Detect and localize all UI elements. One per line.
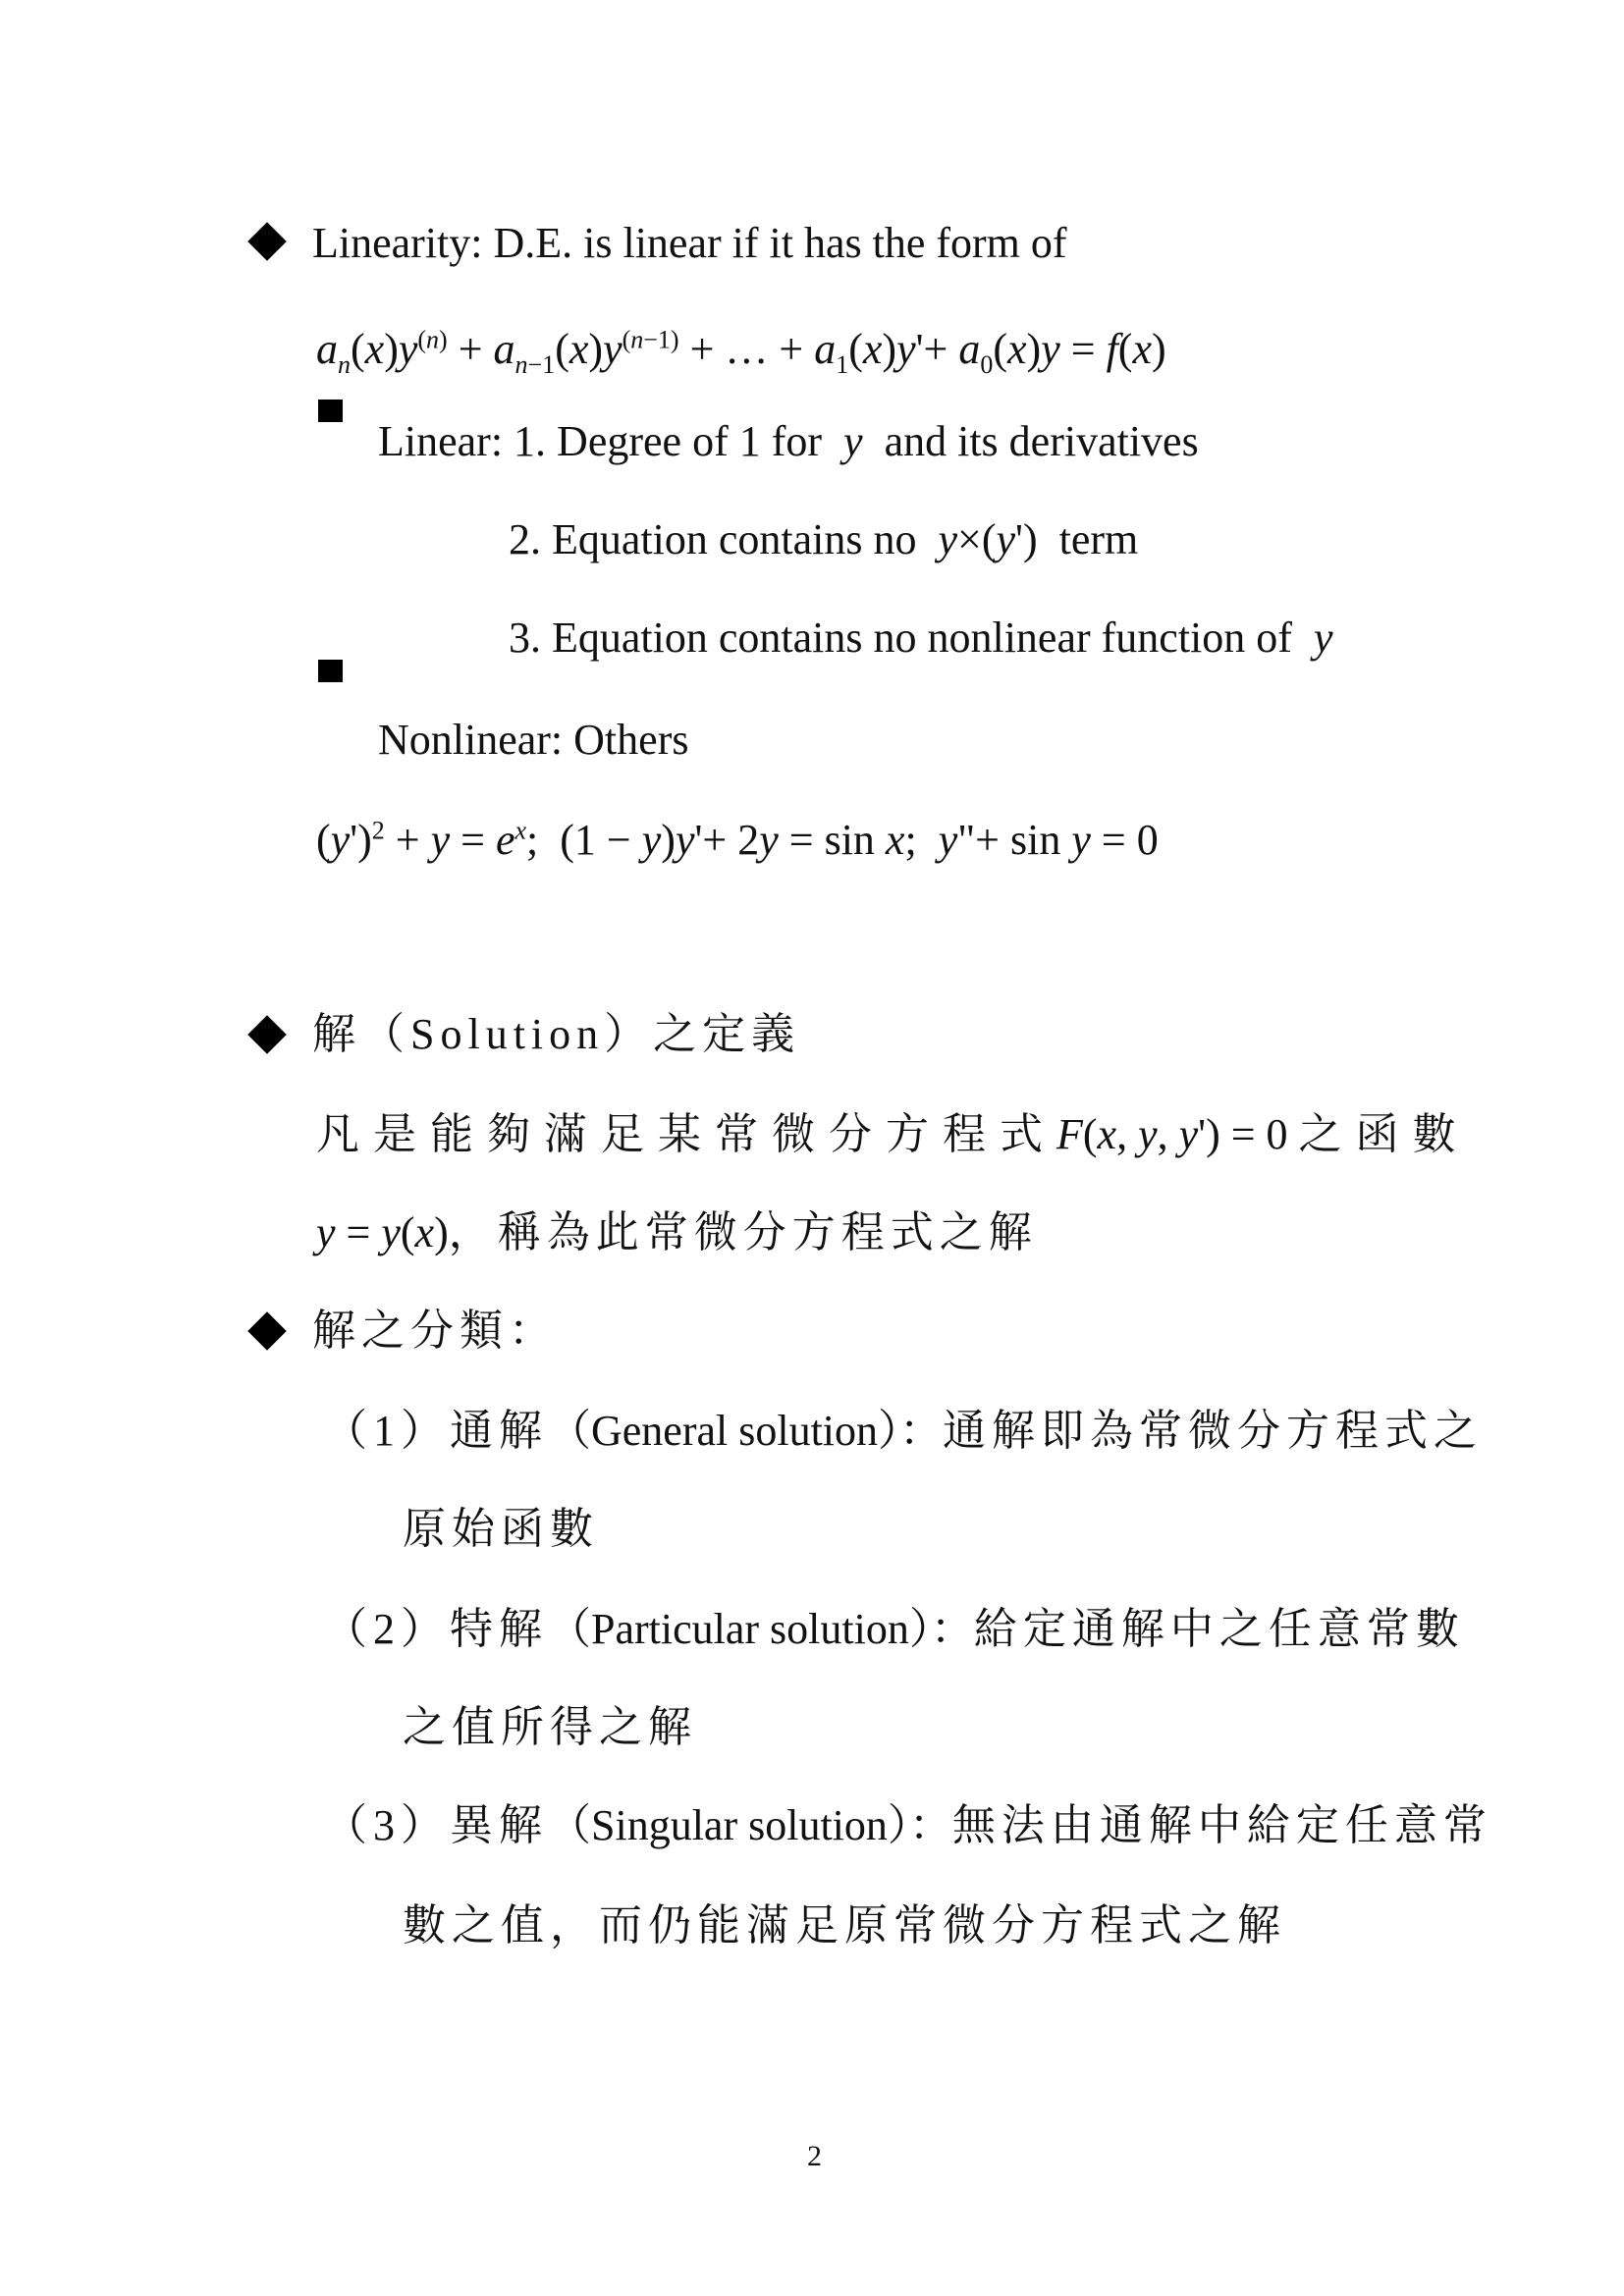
general-solution-desc-line-2: 原始函數 xyxy=(403,1500,599,1559)
diamond-bullet-icon xyxy=(247,222,287,261)
solution-definition-line-1: 凡是能夠滿足某常微分方程式F(x, y, y') = 0 之函數 xyxy=(316,1105,1470,1164)
diamond-bullet-icon xyxy=(247,1015,287,1054)
diamond-bullet-icon xyxy=(247,1311,287,1351)
linear-condition-3: 3. Equation contains no nonlinear functi… xyxy=(509,609,1332,667)
linear-condition-2: 2. Equation contains no y×(y') term xyxy=(509,510,1138,569)
particular-solution-item: （2）特解（Particular solution）：給定通解中之任意常數 xyxy=(324,1600,1465,1659)
singular-solution-item: （3）異解（Singular solution）：無法由通解中給定任意常 xyxy=(324,1796,1492,1855)
nonlinear-examples: (y')2 + y = ex; (1 − y)y'+ 2y = sin x; y… xyxy=(316,811,1159,870)
classification-heading: 解之分類： xyxy=(312,1302,558,1361)
general-solution-item: （1）通解（General solution）：通解即為常微分方程式之 xyxy=(324,1402,1483,1461)
general-linear-form-equation: an(x)y(n) + an−1(x)y(n−1) + … + a1(x)y'+… xyxy=(316,320,1166,379)
singular-solution-desc-line-2: 數之值，而仍能滿足原常微分方程式之解 xyxy=(403,1896,1286,1955)
linearity-heading: Linearity: D.E. is linear if it has the … xyxy=(312,214,1067,273)
square-bullet-icon xyxy=(318,660,343,682)
linear-label: Linear: xyxy=(378,417,503,465)
solution-definition-heading: 解（Solution）之定義 xyxy=(312,1005,800,1064)
nonlinear-label: Nonlinear: Others xyxy=(378,711,688,770)
linear-condition-1: Linear: 1. Degree of 1 for y and its der… xyxy=(378,412,1199,471)
square-bullet-icon xyxy=(318,400,343,422)
particular-solution-desc-line-2: 之值所得之解 xyxy=(403,1698,697,1757)
page-number: 2 xyxy=(807,2140,822,2173)
solution-definition-line-2: y = y(x)，稱為此常微分方程式之解 xyxy=(316,1203,1038,1262)
